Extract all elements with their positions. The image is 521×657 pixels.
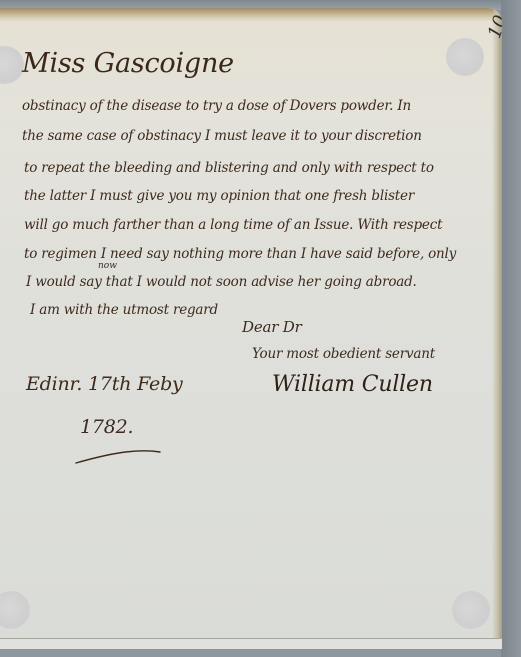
body-line-5: will go much farther than a long time of… — [24, 217, 442, 233]
body-line-6: to regimen I need say nothing more than … — [24, 246, 456, 262]
signature: William Cullen — [272, 372, 433, 397]
interlinear-insertion: now — [98, 261, 117, 271]
year: 1782. — [80, 416, 133, 438]
page-top-edge-stain — [0, 8, 502, 22]
page-right-edge — [492, 8, 502, 649]
pen-flourish — [74, 446, 164, 466]
body-line-7: I would say that I would not soon advise… — [26, 274, 417, 290]
manuscript-page: 106 Miss Gascoigne obstinacy of the dise… — [0, 8, 502, 649]
scan-backdrop-right — [501, 0, 521, 657]
closing-phrase: Your most obedient servant — [252, 346, 435, 362]
body-line-8: I am with the utmost regard — [30, 302, 218, 318]
body-line-1: obstinacy of the disease to try a dose o… — [22, 98, 411, 114]
page-bottom-strip — [0, 639, 502, 649]
binding-hole-bottom-right — [452, 591, 490, 629]
body-line-4: the latter I must give you my opinion th… — [24, 188, 414, 204]
body-line-3: to repeat the bleeding and blistering an… — [24, 160, 434, 176]
page-bottom-edge — [0, 638, 502, 639]
body-line-2: the same case of obstinacy I must leave … — [22, 128, 422, 144]
recipient-heading: Miss Gascoigne — [22, 48, 234, 79]
binding-hole-top-left — [0, 46, 24, 84]
closing-salutation: Dear Dr — [242, 318, 302, 336]
binding-hole-top-right — [446, 38, 484, 76]
binding-hole-bottom-left — [0, 591, 30, 629]
place-date: Edinr. 17th Feby — [26, 373, 183, 395]
